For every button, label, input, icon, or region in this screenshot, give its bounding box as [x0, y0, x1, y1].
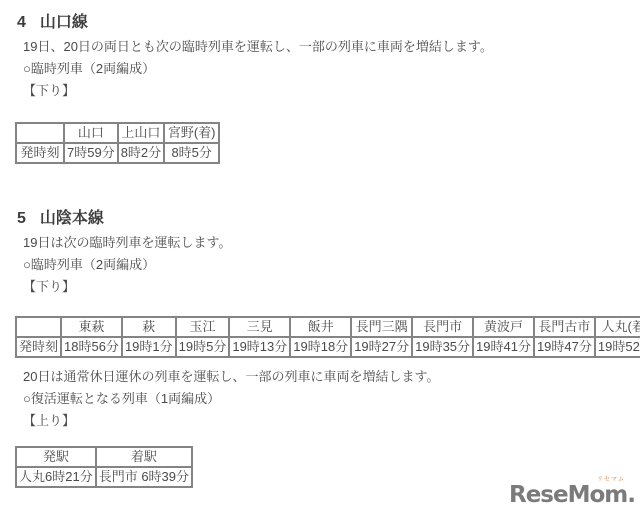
header-cell: 山口 — [64, 123, 118, 143]
header-cell: 黄波戸 — [473, 317, 534, 337]
header-cell: 萩 — [122, 317, 176, 337]
header-cell — [16, 317, 61, 337]
departure-cell: 人丸6時21分 — [16, 467, 96, 487]
time-cell: 19時1分 — [122, 337, 176, 357]
resemom-logo-text: ReseMom. — [509, 480, 635, 510]
section4-heading: 4山口線 — [17, 14, 640, 32]
header-cell — [16, 123, 64, 143]
section4-direction-label: 【下り】 — [23, 82, 640, 100]
time-cell: 7時59分 — [64, 143, 118, 163]
arrival-cell: 長門市 6時39分 — [96, 467, 192, 487]
time-cell: 8時5分 — [164, 143, 219, 163]
section5-title: 山陰本線 — [40, 210, 104, 227]
time-cell: 19時27分 — [351, 337, 412, 357]
header-row: 山口 上山口 宮野(着) — [16, 123, 219, 143]
row-label-cell: 発時刻 — [16, 337, 61, 357]
section5-number: 5 — [17, 210, 26, 227]
section5-heading: 5山陰本線 — [17, 210, 640, 228]
time-cell: 19時47分 — [534, 337, 595, 357]
header-cell: 三見 — [229, 317, 290, 337]
sanin-line-up-timetable: 発駅 着駅 人丸6時21分 長門市 6時39分 — [15, 446, 193, 488]
time-cell: 19時41分 — [473, 337, 534, 357]
section4-title: 山口線 — [40, 14, 88, 31]
section5-direction-label-up: 【上り】 — [23, 412, 640, 430]
data-row: 人丸6時21分 長門市 6時39分 — [16, 467, 192, 487]
time-cell: 19時18分 — [290, 337, 351, 357]
section5-direction-label-down: 【下り】 — [23, 278, 640, 296]
section5-paragraph2: 20日は通常休日運休の列車を運転し、一部の列車に車両を増結します。 — [23, 368, 640, 386]
yamaguchi-line-timetable: 山口 上山口 宮野(着) 発時刻 7時59分 8時2分 8時5分 — [15, 122, 220, 164]
header-cell: 人丸(着) — [595, 317, 640, 337]
section4-number: 4 — [17, 14, 26, 31]
header-cell: 玉江 — [176, 317, 230, 337]
resemom-logo: リセマム ReseMom. — [517, 480, 635, 510]
time-cell: 19時35分 — [412, 337, 473, 357]
row-label-cell: 発時刻 — [16, 143, 64, 163]
header-cell: 長門古市 — [534, 317, 595, 337]
sanin-line-down-timetable: 東萩 萩 玉江 三見 飯井 長門三隅 長門市 黄波戸 長門古市 人丸(着) 発時… — [15, 316, 640, 358]
data-row: 発時刻 18時56分 19時1分 19時5分 19時13分 19時18分 19時… — [16, 337, 640, 357]
data-row: 発時刻 7時59分 8時2分 8時5分 — [16, 143, 219, 163]
time-cell: 19時52分 — [595, 337, 640, 357]
header-cell: 長門市 — [412, 317, 473, 337]
section4-train-type: ○臨時列車（2両編成） — [23, 60, 640, 78]
section5-paragraph: 19日は次の臨時列車を運転します。 — [23, 234, 640, 252]
time-cell: 19時5分 — [176, 337, 230, 357]
time-cell: 18時56分 — [61, 337, 122, 357]
header-cell: 飯井 — [290, 317, 351, 337]
header-cell: 長門三隅 — [351, 317, 412, 337]
time-cell: 8時2分 — [118, 143, 164, 163]
header-cell: 発駅 — [16, 447, 96, 467]
header-row: 発駅 着駅 — [16, 447, 192, 467]
section5-revival-train-type: ○復活運転となる列車（1両編成） — [23, 390, 640, 408]
section5-train-type: ○臨時列車（2両編成） — [23, 256, 640, 274]
header-cell: 東萩 — [61, 317, 122, 337]
header-cell: 上山口 — [118, 123, 164, 143]
header-cell: 宮野(着) — [164, 123, 219, 143]
header-cell: 着駅 — [96, 447, 192, 467]
time-cell: 19時13分 — [229, 337, 290, 357]
header-row: 東萩 萩 玉江 三見 飯井 長門三隅 長門市 黄波戸 長門古市 人丸(着) — [16, 317, 640, 337]
press-release-body: 4山口線 19日、20日の両日とも次の臨時列車を運転し、一部の列車に車両を増結し… — [0, 0, 640, 488]
section4-paragraph: 19日、20日の両日とも次の臨時列車を運転し、一部の列車に車両を増結します。 — [23, 38, 640, 56]
